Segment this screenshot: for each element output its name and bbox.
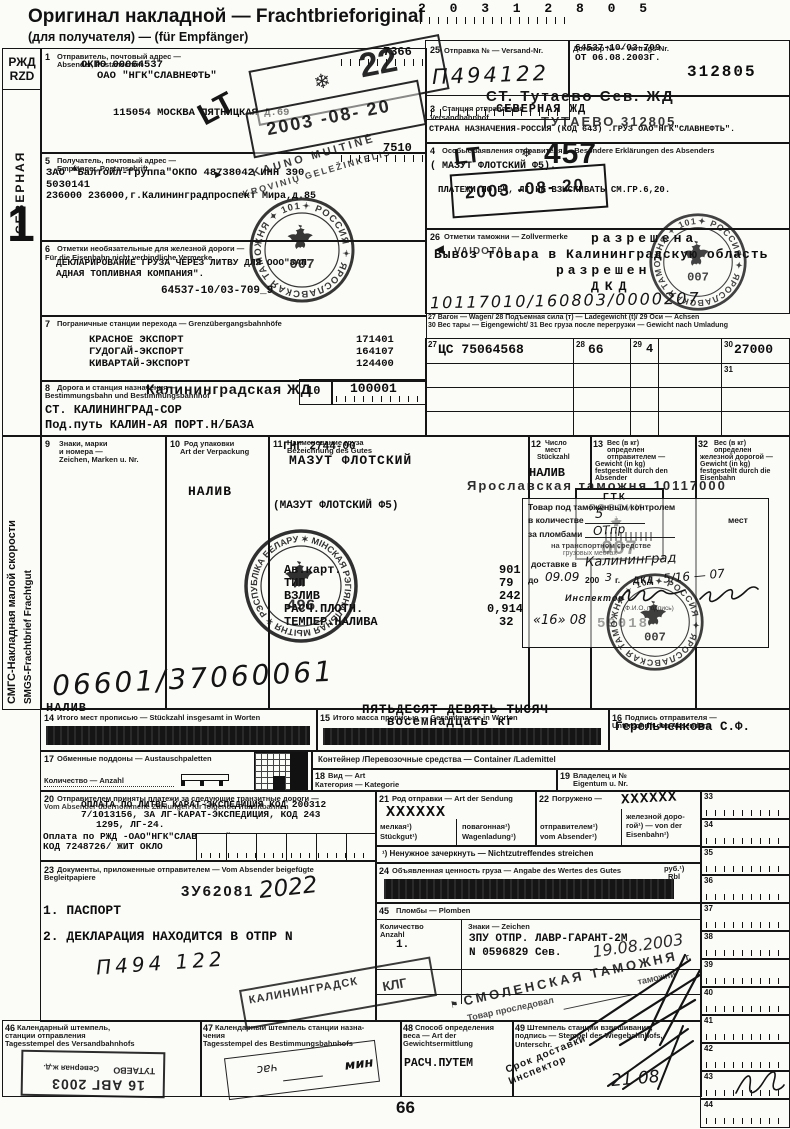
grid-line bbox=[426, 363, 789, 364]
stamp-road: Северная ж.д. bbox=[43, 1063, 99, 1073]
kaliningrad-stamp-text: КАЛИНИНГРАДСК bbox=[248, 975, 359, 1006]
ruler-box-35: 35 bbox=[700, 846, 790, 876]
marks-label-3: Zeichen, Marken u. Nr. bbox=[59, 456, 139, 465]
ruler-ticks bbox=[706, 978, 784, 984]
option-by-railway-3: Eisenbahn¹) bbox=[626, 831, 669, 840]
declaration-line-2: АДНАЯ ТОПЛИВНАЯ КОМПАНИЯ". bbox=[56, 268, 204, 279]
box-15-mass-words: ПЯТЬДЕСЯТ ДЕВЯТЬ ТЫСЯЧ 15 Итого масса пр… bbox=[316, 708, 610, 752]
ruler-box-39: 39 bbox=[700, 958, 790, 988]
dispatch-no-label: Отправка № — Versand-Nr. bbox=[444, 47, 543, 56]
copy-number: 1 bbox=[7, 199, 35, 249]
ruler-box-37: 37 bbox=[700, 902, 790, 932]
ruler-ticks bbox=[706, 922, 784, 928]
grid-line bbox=[456, 819, 457, 846]
destination-country: СТРАНА НАЗНАЧЕНИЯ-РОССИЯ (КОД 643) .ГРУЗ… bbox=[429, 124, 735, 134]
stamp-center-code: 007 bbox=[289, 257, 314, 273]
b48-label-3: Gewichtsermittlung bbox=[403, 1040, 473, 1049]
container-grid-dark bbox=[290, 753, 307, 790]
b46-label-3: Tagesstempel des Versandbahnhofs bbox=[5, 1040, 135, 1049]
smgs-waybill-scan: Оригинал накладной — Frachtbrieforiginal… bbox=[0, 0, 790, 1129]
ruler-number: 44 bbox=[704, 1100, 713, 1109]
param-value: 0,914 bbox=[487, 602, 523, 616]
seals-label: Пломбы — Plomben bbox=[396, 907, 470, 916]
ruler-ticks bbox=[706, 810, 784, 816]
customs-line: за пломбами bbox=[528, 529, 582, 539]
dispatch-kind-label: Род отправки — Art der Sendung bbox=[392, 795, 513, 804]
box-14-pieces-words: НАЛИВ 14 Итого мест прописью — Stückzahl… bbox=[40, 708, 318, 752]
owner-label-de: Eigentum u. Nr. bbox=[573, 780, 628, 789]
option-wagon-de: Wagenladung¹) bbox=[462, 833, 516, 842]
hand-chas: час bbox=[256, 1061, 279, 1077]
documents-label-de: Begleitpapiere bbox=[44, 874, 96, 883]
ruler-number: 38 bbox=[704, 932, 713, 941]
border-station-code: 124400 bbox=[356, 358, 394, 370]
param-value: 79 bbox=[499, 576, 513, 590]
xxx-stamp: XXXXXX bbox=[621, 790, 678, 809]
departure-label-de: Versandbahnhof bbox=[430, 114, 489, 123]
grid-line bbox=[426, 411, 789, 412]
customs-permit-3: разрешен bbox=[556, 263, 650, 278]
customs-round-stamp-2: ✦ РОССИЯ ✦ ЯРОСЛАВСКАЯ ТАМОЖНЯ ✦ 10117А0… bbox=[648, 212, 748, 312]
station-code: 100001 bbox=[350, 381, 397, 396]
col-30: 30 bbox=[724, 340, 733, 349]
box-number: 11 bbox=[273, 439, 283, 449]
payment-cells bbox=[196, 833, 376, 861]
tare-weight: 27000 bbox=[734, 342, 773, 357]
border-station-code: 171401 bbox=[356, 334, 394, 346]
col-31: 31 bbox=[724, 365, 733, 374]
smgs-sidebar: СМГС-Накладная малой скорости SMGS-Frach… bbox=[2, 435, 42, 710]
customs-line: 200 bbox=[585, 575, 599, 585]
customs-notes-label: Отметки таможни — Zollvermerke bbox=[444, 233, 568, 242]
road-code-cell: 10 bbox=[299, 379, 333, 405]
mass-words-2: восемнадцать кг bbox=[387, 715, 515, 729]
border-station-code: 164107 bbox=[356, 346, 394, 358]
box-number: 19 bbox=[560, 771, 570, 781]
destination-station: СТ. КАЛИНИНГРАД-СОР bbox=[45, 403, 182, 417]
signature-icon bbox=[731, 1063, 786, 1103]
pallet-icon bbox=[181, 774, 227, 786]
hand-min: мин bbox=[344, 1055, 374, 1073]
box-number: 17 bbox=[44, 754, 54, 764]
grid-line bbox=[621, 809, 622, 846]
box-number: 4 bbox=[430, 146, 435, 156]
ruler-ticks bbox=[706, 1118, 784, 1124]
param-value: 242 bbox=[499, 589, 521, 603]
box-18-kind: 18 Вид — Art Категория — Kategorie bbox=[311, 768, 558, 792]
wagon-grid: 27 ЦС 75064568 28 66 29 4 30 27000 31 bbox=[425, 338, 790, 437]
payment-line-3: 1295, ЛГ-24. bbox=[96, 819, 164, 830]
option-small-de: Stückgut¹) bbox=[380, 833, 417, 842]
snowflake-icon: ❄ bbox=[312, 68, 333, 96]
gng-code: ГНГ 2744-00 bbox=[283, 441, 356, 453]
declared-value-label: Объявленная ценность груза — Angabe des … bbox=[392, 867, 621, 876]
siding-track: Под.путь КАЛИН-АЯ ПОРТ.Н/БАЗА bbox=[45, 418, 254, 432]
sender-signature-name: Герельченкова С.Ф. bbox=[615, 720, 750, 734]
box-number: 22 bbox=[539, 794, 549, 804]
box-47-destination-stamp: 47 Календарный штемпель станции назна- ч… bbox=[200, 1020, 402, 1097]
box-number: 21 bbox=[379, 794, 389, 804]
ruler-box-41: 41 bbox=[700, 1014, 790, 1044]
box-19-owner: 19 Владелец и № Eigentum u. Nr. bbox=[556, 768, 790, 792]
customs-date-hand: 09.09 bbox=[545, 570, 579, 584]
smgs-title-ru: СМГС-Накладная малой скорости bbox=[6, 444, 18, 704]
option-by-sender-de: vom Absender¹) bbox=[540, 833, 597, 842]
ruler-box-44: 44 bbox=[700, 1098, 790, 1128]
ruler-number: 43 bbox=[704, 1072, 713, 1081]
ruler-ticks bbox=[706, 1034, 784, 1040]
stamp-center-code: 496 bbox=[287, 597, 316, 615]
ruler-box-34: 34 bbox=[700, 818, 790, 848]
ruler-number: 42 bbox=[704, 1044, 713, 1053]
param-value: 32 bbox=[499, 615, 513, 629]
packaging-value: НАЛИВ bbox=[188, 484, 232, 499]
customs-round-stamp-3: ✦ РОССИЯ ✦ ЯРОСЛАВСКАЯ ТАМОЖНЯ ✦ 10117А0… bbox=[605, 572, 705, 672]
ruler-box-36: 36 bbox=[700, 874, 790, 904]
stamp-station: ТУТАЕВО bbox=[113, 1065, 155, 1076]
load-capacity: 66 bbox=[588, 342, 604, 357]
smgs-title-de: SMGS-Frachtbrief Frachtgut bbox=[23, 444, 34, 704]
ruler-number: 36 bbox=[704, 876, 713, 885]
weighing-method-value: РАСЧ.ПУТЕМ bbox=[404, 1057, 473, 1070]
page-subtitle: (для получателя) — (für Empfänger) bbox=[28, 30, 248, 44]
option-wagon: повагонная¹) bbox=[462, 823, 510, 832]
customs-line: на транспортном средстве bbox=[551, 541, 651, 550]
road-code: 10 bbox=[306, 384, 320, 398]
border-station: ГУДОГАЙ-ЭКСПОРТ bbox=[89, 346, 184, 358]
date-stamp: 2003 -08- 20 bbox=[464, 175, 586, 203]
doc-hand-year: 2022 bbox=[258, 872, 319, 904]
ruler-number: 40 bbox=[704, 988, 713, 997]
border-station: КИВАРТАЙ-ЭКСПОРТ bbox=[89, 358, 190, 370]
container-grid-icon bbox=[254, 752, 308, 791]
dispatch-no-value: П494122 bbox=[432, 61, 550, 89]
wagon-header-1: 27 Вагон — Wagen/ 28 Подъемная сила (т) … bbox=[428, 314, 778, 322]
minsk-round-stamp: ✶ МІНСКАЯ РЭГІЯНАЛЬНАЯ МЫТНЯ ✶ РЭСПУБЛІК… bbox=[243, 528, 359, 644]
box-number: 45 bbox=[379, 906, 389, 916]
customs-line: доставке в bbox=[531, 559, 577, 569]
box-number: 13 bbox=[593, 439, 603, 449]
quantity-label: Количество — Anzahl bbox=[44, 777, 174, 787]
box-48-weighing-method: 48 Способ определения веса — Art der Gew… bbox=[400, 1020, 514, 1097]
box-17-pallets: 17 Обменные поддоны — Austauschpaletten … bbox=[40, 750, 313, 792]
doc-stamp-number: 3У62081 bbox=[181, 883, 254, 900]
box-21-dispatch-kind: 21 Род отправки — Art der Sendung XXXXXX… bbox=[375, 790, 537, 847]
packaging-label-de: Art der Verpackung bbox=[180, 448, 249, 457]
signature-icon bbox=[698, 583, 760, 605]
seal-signs-label: Знаки — Zeichen bbox=[468, 923, 530, 932]
ruler-ticks bbox=[706, 1006, 784, 1012]
page-title: Оригинал накладной — Frachtbrieforiginal bbox=[28, 6, 424, 28]
customs-line: мест bbox=[728, 515, 748, 525]
grid-line bbox=[426, 387, 789, 388]
doc-line-2: 2. ДЕКЛАРАЦИЯ НАХОДИТСЯ В ОТПР N bbox=[43, 929, 293, 944]
grid-line bbox=[376, 919, 701, 920]
ruler-ticks bbox=[706, 838, 784, 844]
ruler-box-40: 40 bbox=[700, 986, 790, 1016]
border-stations-label: Пограничные станции перехода — Grenzüber… bbox=[57, 320, 282, 329]
lt-stamp: LT bbox=[453, 142, 483, 171]
box-49-weighing-stamp: 49 Штемпель станции взвешивания, подпись… bbox=[512, 1020, 702, 1097]
stamp-22: 22 bbox=[356, 41, 401, 87]
box-8-destination: 8 Дорога и станция назначения — Bestimmu… bbox=[40, 380, 427, 437]
contract-date: ОТ 06.08.2003Г. bbox=[575, 52, 661, 63]
box-number: 12 bbox=[531, 439, 541, 449]
option-by-sender: отправителем¹) bbox=[540, 823, 598, 832]
left-margin-column: РЖД RZD СЕВЕРНАЯ 1 bbox=[2, 48, 42, 437]
tutaevo-calendar-stamp: 16 АВГ 2003 ТУТАЕВО Северная ж.д. bbox=[21, 1050, 166, 1099]
cargo-name-alt: (МАЗУТ ФЛОТСКИЙ Ф5) bbox=[273, 500, 398, 512]
snowflake-icon: ❄ bbox=[521, 145, 532, 161]
strike-note-text: ¹) Ненужное зачеркнуть — Nichtzutreffend… bbox=[382, 849, 593, 858]
col-27: 27 bbox=[428, 340, 437, 349]
top-code: 2 0 3 1 2 8 0 5 bbox=[418, 1, 655, 16]
ruler-ticks bbox=[706, 950, 784, 956]
date-stamp-box: 2003 -08- 20 bbox=[450, 164, 609, 219]
consignee-inn: 5030141 bbox=[46, 179, 90, 191]
box-number: 15 bbox=[320, 713, 330, 723]
seal-sign-2: N 0596829 Сев. bbox=[469, 947, 561, 959]
blank-line bbox=[282, 1068, 323, 1082]
sender-name: ОАО "НГК"СЛАВНЕФТЬ" bbox=[97, 70, 217, 82]
ruler-number: 39 bbox=[704, 960, 713, 969]
page-number: 66 bbox=[396, 1098, 415, 1118]
seal-qty: 1. bbox=[396, 939, 409, 951]
box-number: 32 bbox=[698, 439, 708, 449]
loaded-by-label: Погружено — bbox=[552, 795, 602, 804]
customs-day-hand: «16» 08 bbox=[533, 613, 586, 628]
param-value: 901 bbox=[499, 563, 521, 577]
box-number: 10 bbox=[170, 439, 180, 449]
ruler-box-33: 33 bbox=[700, 790, 790, 820]
redaction-bar bbox=[323, 728, 601, 745]
ruler-ticks bbox=[706, 866, 784, 872]
category-label: Категория — Kategorie bbox=[315, 781, 399, 790]
ruler-box-43: 43 bbox=[700, 1070, 790, 1100]
redaction-bar bbox=[384, 879, 674, 899]
col-28: 28 bbox=[576, 340, 585, 349]
box-16-sender-signature: 16 Подпись отправителя — Unterschrift de… bbox=[608, 708, 790, 752]
axles: 4 bbox=[646, 342, 653, 356]
pieces-label-3: Stückzahl bbox=[537, 454, 570, 462]
station-code-cell: 100001 bbox=[331, 379, 427, 405]
customs-round-stamp: ✦ РОССИЯ ✦ ЯРОСЛАВСКАЯ ТАМОЖНЯ ✦ 10117А0… bbox=[248, 196, 356, 304]
box-number: 24 bbox=[379, 866, 389, 876]
arrow-right-icon: ► bbox=[213, 169, 224, 181]
pieces-words-label: Итого мест прописью — Stückzahl insgesam… bbox=[57, 714, 260, 723]
blank-line bbox=[585, 529, 675, 538]
box-5-consignee: 5 Получатель, почтовый адрес — Empfänger… bbox=[40, 152, 427, 242]
hand-drawn-box: час мин bbox=[224, 1040, 380, 1100]
ruler-number: 33 bbox=[704, 792, 713, 801]
xxx-stamp: XXXXXX bbox=[386, 804, 446, 821]
top-code-ruler bbox=[420, 17, 568, 24]
carrier-code: РЖД bbox=[3, 55, 41, 69]
doc-hand-number: П494 122 bbox=[95, 947, 226, 980]
divider bbox=[3, 89, 41, 90]
col-29: 29 bbox=[633, 340, 642, 349]
stamp-date: 16 АВГ 2003 bbox=[51, 1076, 145, 1094]
b47-label-1: Календарный штемпель станции назна- bbox=[215, 1024, 364, 1033]
box-46-departure-stamp: 46 Календарный штемпель, станции отправл… bbox=[2, 1020, 202, 1097]
box-number: 1 bbox=[45, 52, 50, 62]
box-number: 7 bbox=[45, 319, 50, 329]
box-20-transit-payments: 20 Отправителем приняты платежи за следу… bbox=[40, 790, 377, 862]
cell-ticks bbox=[201, 853, 371, 858]
pen-scribbles bbox=[603, 1021, 698, 1091]
box-3-departure-station: 3 Станция отправления Versandbahnhof СТ.… bbox=[425, 95, 790, 144]
flag-icon: ⚑ bbox=[449, 999, 459, 1011]
container-grid-dark-2 bbox=[273, 776, 285, 790]
box-6-remarks: 6 Отметки необязательные для железной до… bbox=[40, 240, 427, 317]
stamp-center-code: 007 bbox=[687, 271, 709, 285]
pallets-label: Обменные поддоны — Austauschpaletten bbox=[57, 755, 212, 764]
code-ruler bbox=[336, 396, 420, 402]
container-header: Контейнер /Перевозочные средства — Conta… bbox=[311, 750, 790, 770]
ruler-box-38: 38 bbox=[700, 930, 790, 960]
wagon-number: ЦС 75064568 bbox=[438, 342, 524, 357]
cargo-name: МАЗУТ ФЛОТСКИЙ bbox=[289, 453, 412, 468]
ruler-number: 35 bbox=[704, 848, 713, 857]
border-station: КРАСНОЕ ЭКСПОРТ bbox=[89, 334, 184, 346]
ruler-number: 37 bbox=[704, 904, 713, 913]
doc-line-1: 1. ПАСПОРТ bbox=[43, 903, 121, 918]
box-22-loaded-by: 22 Погружено — XXXXXX отправителем¹) vom… bbox=[535, 790, 702, 847]
ruler-ticks bbox=[706, 894, 784, 900]
ruler-number: 34 bbox=[704, 820, 713, 829]
container-header-label: Контейнер /Перевозочные средства — Conta… bbox=[318, 755, 556, 764]
redaction-bar bbox=[46, 726, 310, 745]
stamp-center-code: 007 bbox=[644, 631, 666, 645]
customs-line: в количестве bbox=[528, 515, 584, 525]
option-small: мелкая¹) bbox=[380, 823, 412, 832]
box-24-declared-value: 24 Объявленная ценность груза — Angabe d… bbox=[375, 862, 702, 904]
box-number: 9 bbox=[45, 439, 50, 449]
wagon-header-2: 30 Вес тары — Eigengewicht/ 31 Вес груза… bbox=[428, 322, 778, 330]
box-23-documents: 23 Документы, приложенные отправителем —… bbox=[40, 860, 377, 1022]
station-code-large: 312805 bbox=[687, 63, 757, 81]
box-number: 14 bbox=[44, 713, 54, 723]
carrier-code-latin: RZD bbox=[3, 69, 41, 83]
destination-road: Калининградская ЖД bbox=[146, 381, 312, 397]
payment-line-5: КОД 7248726/ ЖИТ ОКЛО bbox=[43, 841, 163, 852]
box-7-border-stations: 7 Пограничные станции перехода — Grenzüb… bbox=[40, 315, 427, 382]
customs-line: до bbox=[528, 575, 539, 585]
ruler-number: 41 bbox=[704, 1016, 713, 1025]
box-number: 5 bbox=[45, 156, 50, 166]
